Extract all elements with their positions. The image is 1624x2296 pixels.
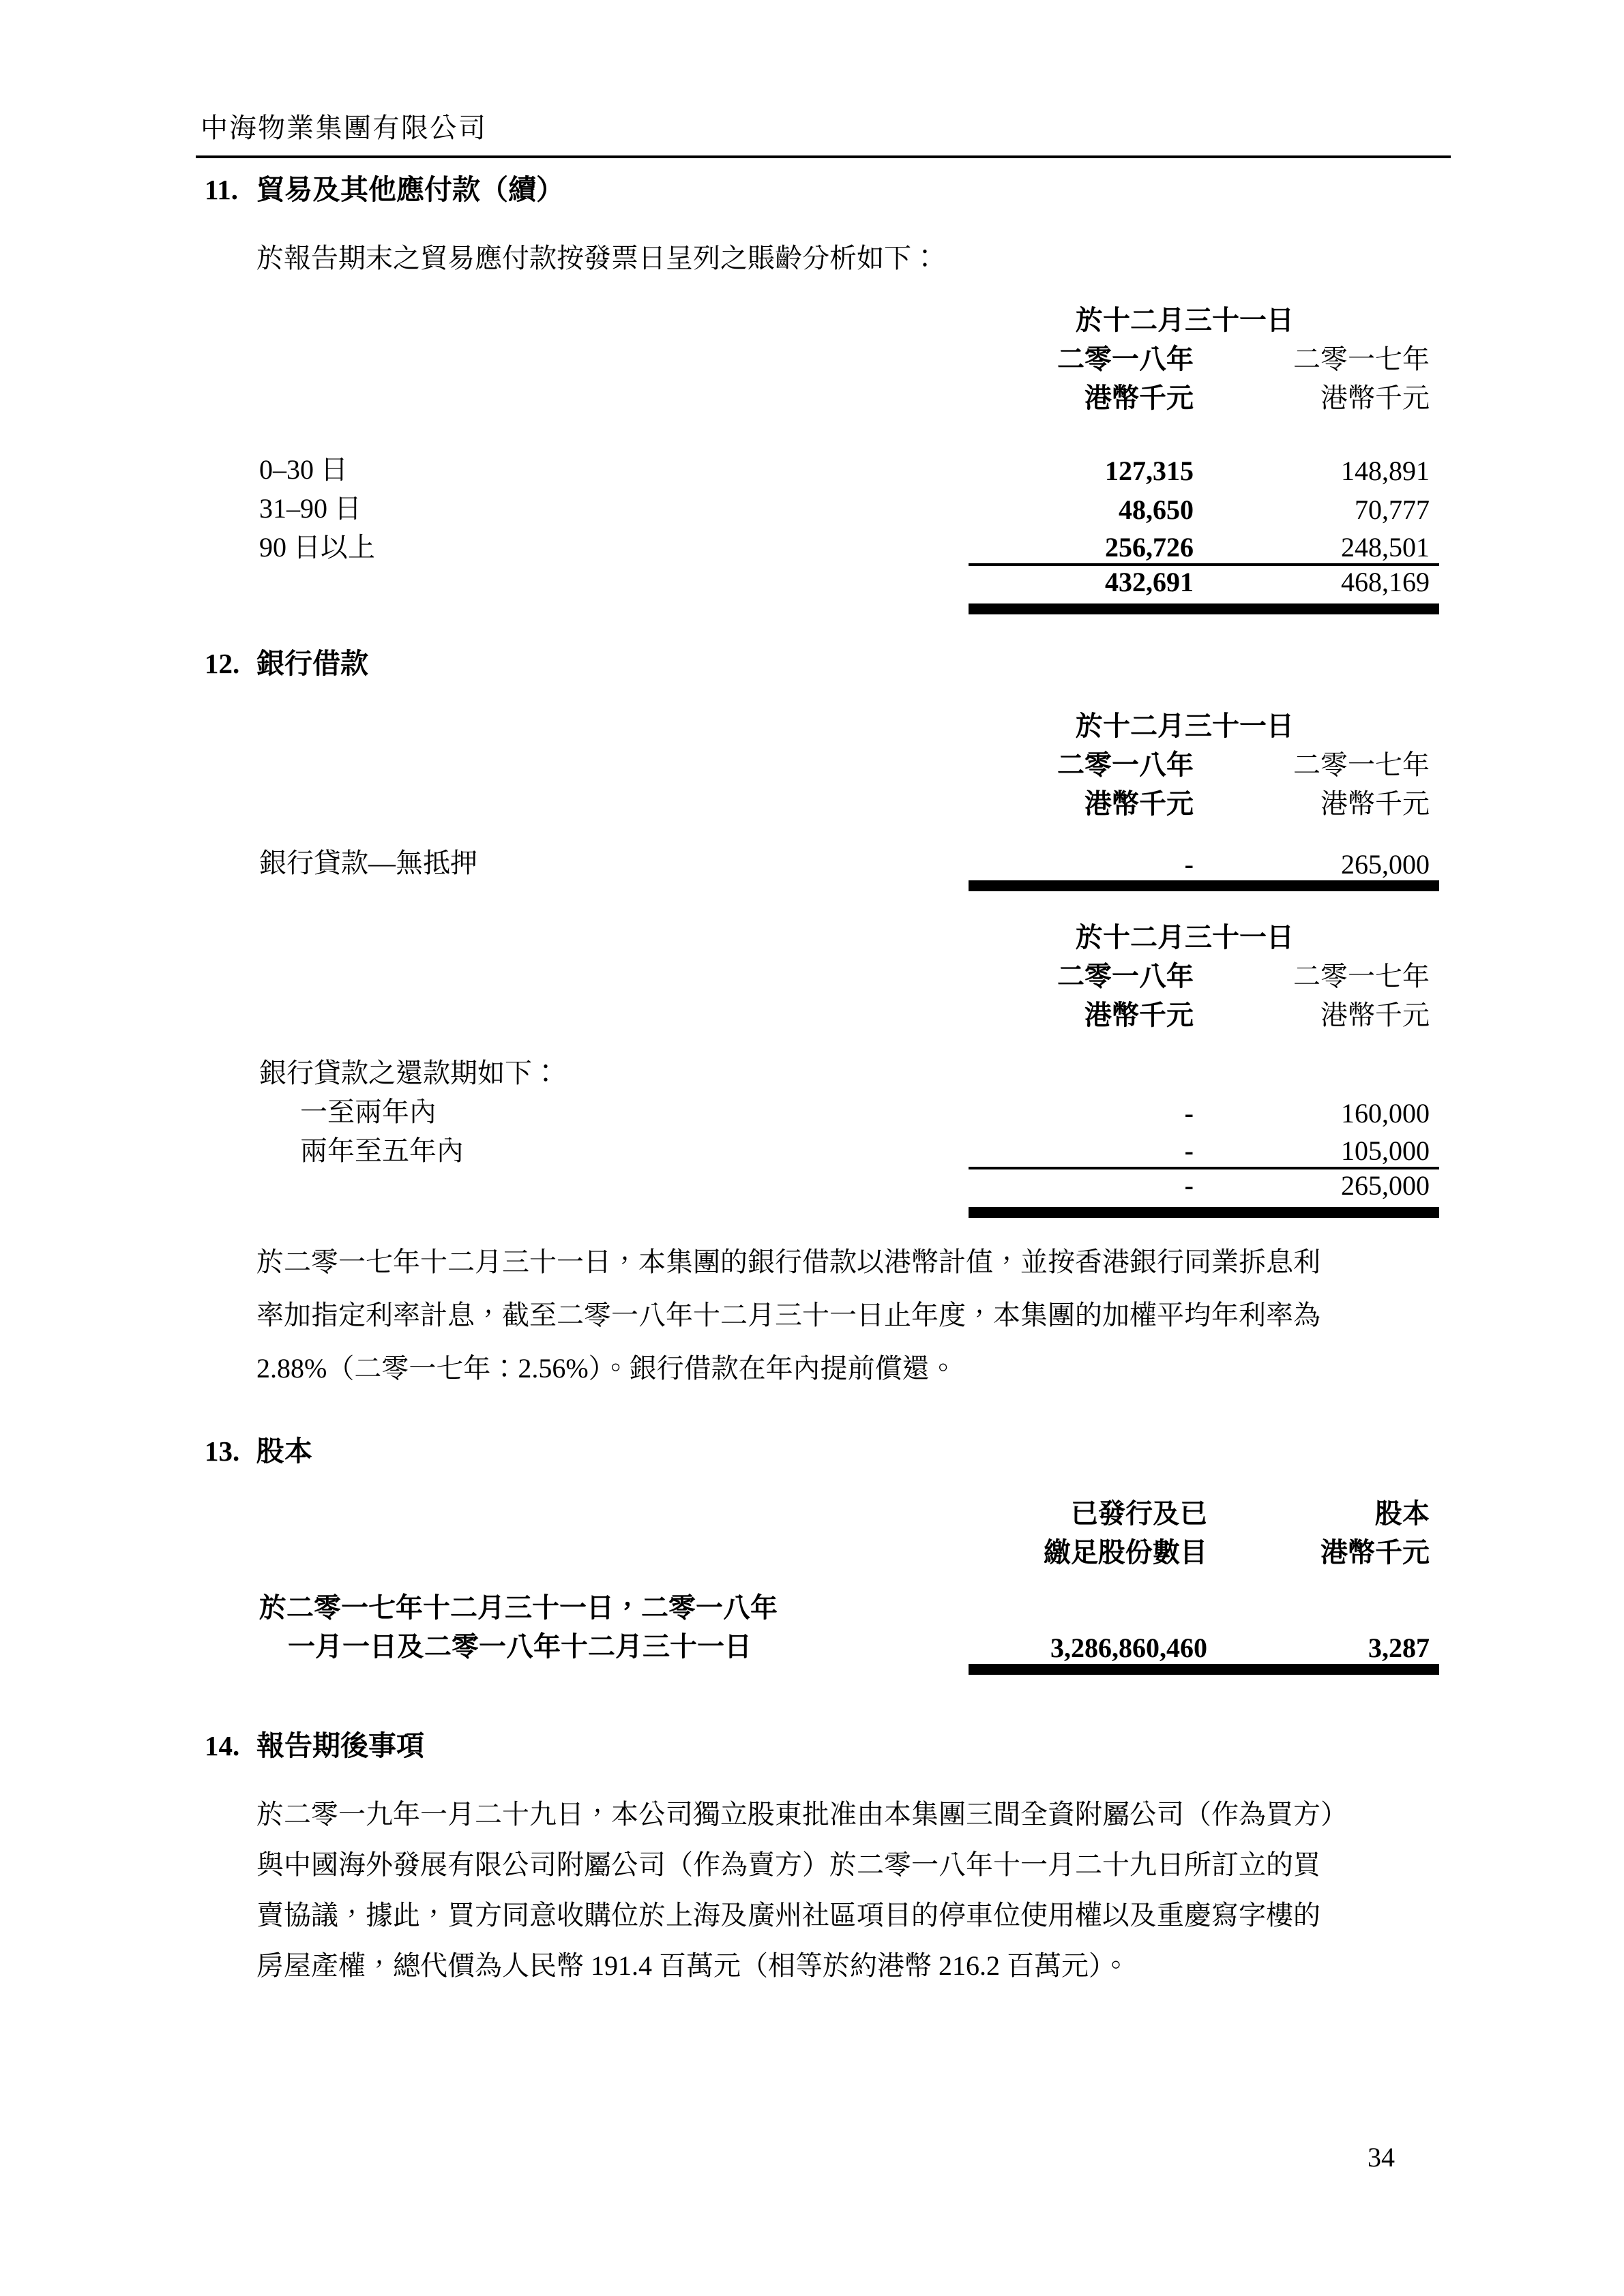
repayment-total-2017: 265,000 [1194,1168,1439,1207]
as-at-date-header: 於十二月三十一日 [969,916,1439,955]
table-row: 於十二月三十一日 [259,299,1439,338]
spacer-row [259,1032,1439,1052]
aging-total-2017: 468,169 [1194,565,1439,603]
section-12-number: 12. [205,647,256,680]
aging-2018-value: 127,315 [969,448,1194,487]
total-row: 432,691 468,169 [259,565,1439,603]
section-14-body: 於二零一九年一月二十九日，本公司獨立股東批准由本集團三間全資附屬公司（作為買方）… [256,1789,1439,1991]
year-2018-header: 二零一八年 [969,955,1194,994]
bank-loans-table: 於十二月三十一日 二零一八年 二零一七年 港幣千元 港幣千元 銀行貸款—無抵押 … [259,704,1439,891]
section-14-number: 14. [205,1729,256,1762]
section-11-trade-payables: 11. 貿易及其他應付款（續） 於報告期末之貿易應付款按發票日呈列之賬齡分析如下… [205,173,1442,614]
unit-2017-header: 港幣千元 [1194,994,1439,1032]
table-row: 已發行及已 股本 [259,1492,1439,1531]
table-row: 二零一八年 二零一七年 [259,338,1439,376]
year-2018-header: 二零一八年 [969,743,1194,782]
section-13-share-capital: 13. 股本 已發行及已 股本 繳足股份數目 港幣千元 於二零一七年十二月三十一… [205,1435,1442,1675]
total-row: - 265,000 [259,1168,1439,1207]
shares-value: 3,286,860,460 [969,1625,1207,1664]
section-14-post-period-events: 14. 報告期後事項 於二零一九年一月二十九日，本公司獨立股東批准由本集團三間全… [205,1729,1442,1991]
year-2017-header: 二零一七年 [1194,338,1439,376]
repayment-schedule-table: 於十二月三十一日 二零一八年 二零一七年 港幣千元 港幣千元 銀行貸款之還款期如… [259,916,1439,1218]
section-13-number: 13. [205,1435,256,1467]
capital-header-line2: 港幣千元 [1207,1531,1439,1570]
section-13-title: 股本 [256,1435,312,1467]
unit-2018-header: 港幣千元 [969,994,1194,1032]
spacer-row [259,821,1439,841]
section-11-intro: 於報告期末之貿易應付款按發票日呈列之賬齡分析如下： [256,243,1442,274]
section-14-title: 報告期後事項 [256,1729,424,1762]
table-row: 一月一日及二零一八年十二月三十一日 3,286,860,460 3,287 [259,1625,1439,1664]
as-at-date-header: 於十二月三十一日 [969,299,1439,338]
repayment-band-label: 兩年至五年內 [259,1129,969,1168]
repayment-total-2018: - [969,1168,1194,1207]
aging-2018-value: 48,650 [969,487,1194,526]
table-row: 港幣千元 港幣千元 [259,376,1439,415]
aging-2018-value: 256,726 [969,526,1194,565]
table-row: 二零一八年 二零一七年 [259,743,1439,782]
table-row: 於十二月三十一日 [259,916,1439,955]
aging-2017-value: 148,891 [1194,448,1439,487]
table-row: 31–90 日 48,650 70,777 [259,487,1439,526]
bank-loan-label: 銀行貸款—無抵押 [259,841,969,880]
section-12-note: 於二零一七年十二月三十一日，本集團的銀行借款以港幣計值，並按香港銀行同業拆息利 … [256,1236,1439,1395]
section-14-heading: 14. 報告期後事項 [205,1729,1442,1762]
table-row: 90 日以上 256,726 248,501 [259,526,1439,565]
year-2017-header: 二零一七年 [1194,955,1439,994]
bank-loan-2018-value: - [969,841,1194,880]
as-at-date-header: 於十二月三十一日 [969,704,1439,743]
year-2018-header: 二零一八年 [969,338,1194,376]
shares-header-line2: 繳足股份數目 [969,1531,1207,1570]
aging-2017-value: 248,501 [1194,526,1439,565]
table-row: 繳足股份數目 港幣千元 [259,1531,1439,1570]
year-2017-header: 二零一七年 [1194,743,1439,782]
unit-2017-header: 港幣千元 [1194,376,1439,415]
table-row: 二零一八年 二零一七年 [259,955,1439,994]
aging-band-label: 0–30 日 [259,448,969,487]
section-12-bank-borrowings: 12. 銀行借款 於十二月三十一日 二零一八年 二零一七年 港幣千元 港幣千元 … [205,647,1442,1395]
capital-value: 3,287 [1207,1625,1439,1664]
double-rule [969,1207,1439,1218]
repayment-2017-value: 160,000 [1194,1090,1439,1129]
section-12-heading: 12. 銀行借款 [205,647,1442,680]
header-rule-divider [196,155,1451,158]
section-13-heading: 13. 股本 [205,1435,1442,1467]
share-row-label-line2: 一月一日及二零一八年十二月三十一日 [259,1625,969,1664]
table-row: 銀行貸款—無抵押 - 265,000 [259,841,1439,880]
document-page: 中海物業集團有限公司 11. 貿易及其他應付款（續） 於報告期末之貿易應付款按發… [0,0,1624,2296]
double-rule-row [259,1207,1439,1218]
capital-header-line1: 股本 [1207,1492,1439,1531]
section-12-title: 銀行借款 [256,647,368,680]
section-11-title: 貿易及其他應付款（續） [256,173,564,206]
unit-2018-header: 港幣千元 [969,782,1194,821]
repayment-2018-value: - [969,1129,1194,1168]
repayment-2017-value: 105,000 [1194,1129,1439,1168]
aging-total-2018: 432,691 [969,565,1194,603]
page-number: 34 [1368,2141,1395,2173]
aging-2017-value: 70,777 [1194,487,1439,526]
bank-loan-2017-value: 265,000 [1194,841,1439,880]
double-rule [969,1664,1439,1675]
share-capital-table: 已發行及已 股本 繳足股份數目 港幣千元 於二零一七年十二月三十一日，二零一八年… [259,1492,1439,1675]
aging-analysis-table: 於十二月三十一日 二零一八年 二零一七年 港幣千元 港幣千元 0–30 日 12… [259,299,1439,614]
unit-2017-header: 港幣千元 [1194,782,1439,821]
aging-band-label: 31–90 日 [259,487,969,526]
spacer-row [259,1570,1439,1586]
aging-band-label: 90 日以上 [259,526,969,565]
spacer-row [259,415,1439,448]
table-row: 銀行貸款之還款期如下： [259,1052,1439,1090]
table-row: 於十二月三十一日 [259,704,1439,743]
table-row: 0–30 日 127,315 148,891 [259,448,1439,487]
double-rule-row [259,1664,1439,1675]
table-row: 兩年至五年內 - 105,000 [259,1129,1439,1168]
repayment-band-label: 一至兩年內 [259,1090,969,1129]
shares-header-line1: 已發行及已 [969,1492,1207,1531]
table-row: 一至兩年內 - 160,000 [259,1090,1439,1129]
unit-2018-header: 港幣千元 [969,376,1194,415]
table-row: 港幣千元 港幣千元 [259,994,1439,1032]
repayment-heading: 銀行貸款之還款期如下： [259,1052,969,1090]
section-11-heading: 11. 貿易及其他應付款（續） [205,173,1442,206]
double-rule-row [259,603,1439,614]
table-row: 港幣千元 港幣千元 [259,782,1439,821]
section-11-number: 11. [205,173,256,206]
table-row: 於二零一七年十二月三十一日，二零一八年 [259,1586,1439,1625]
double-rule [969,880,1439,891]
double-rule-row [259,880,1439,891]
share-row-label-line1: 於二零一七年十二月三十一日，二零一八年 [259,1586,969,1625]
double-rule [969,603,1439,614]
repayment-2018-value: - [969,1090,1194,1129]
company-name: 中海物業集團有限公司 [201,113,1624,143]
